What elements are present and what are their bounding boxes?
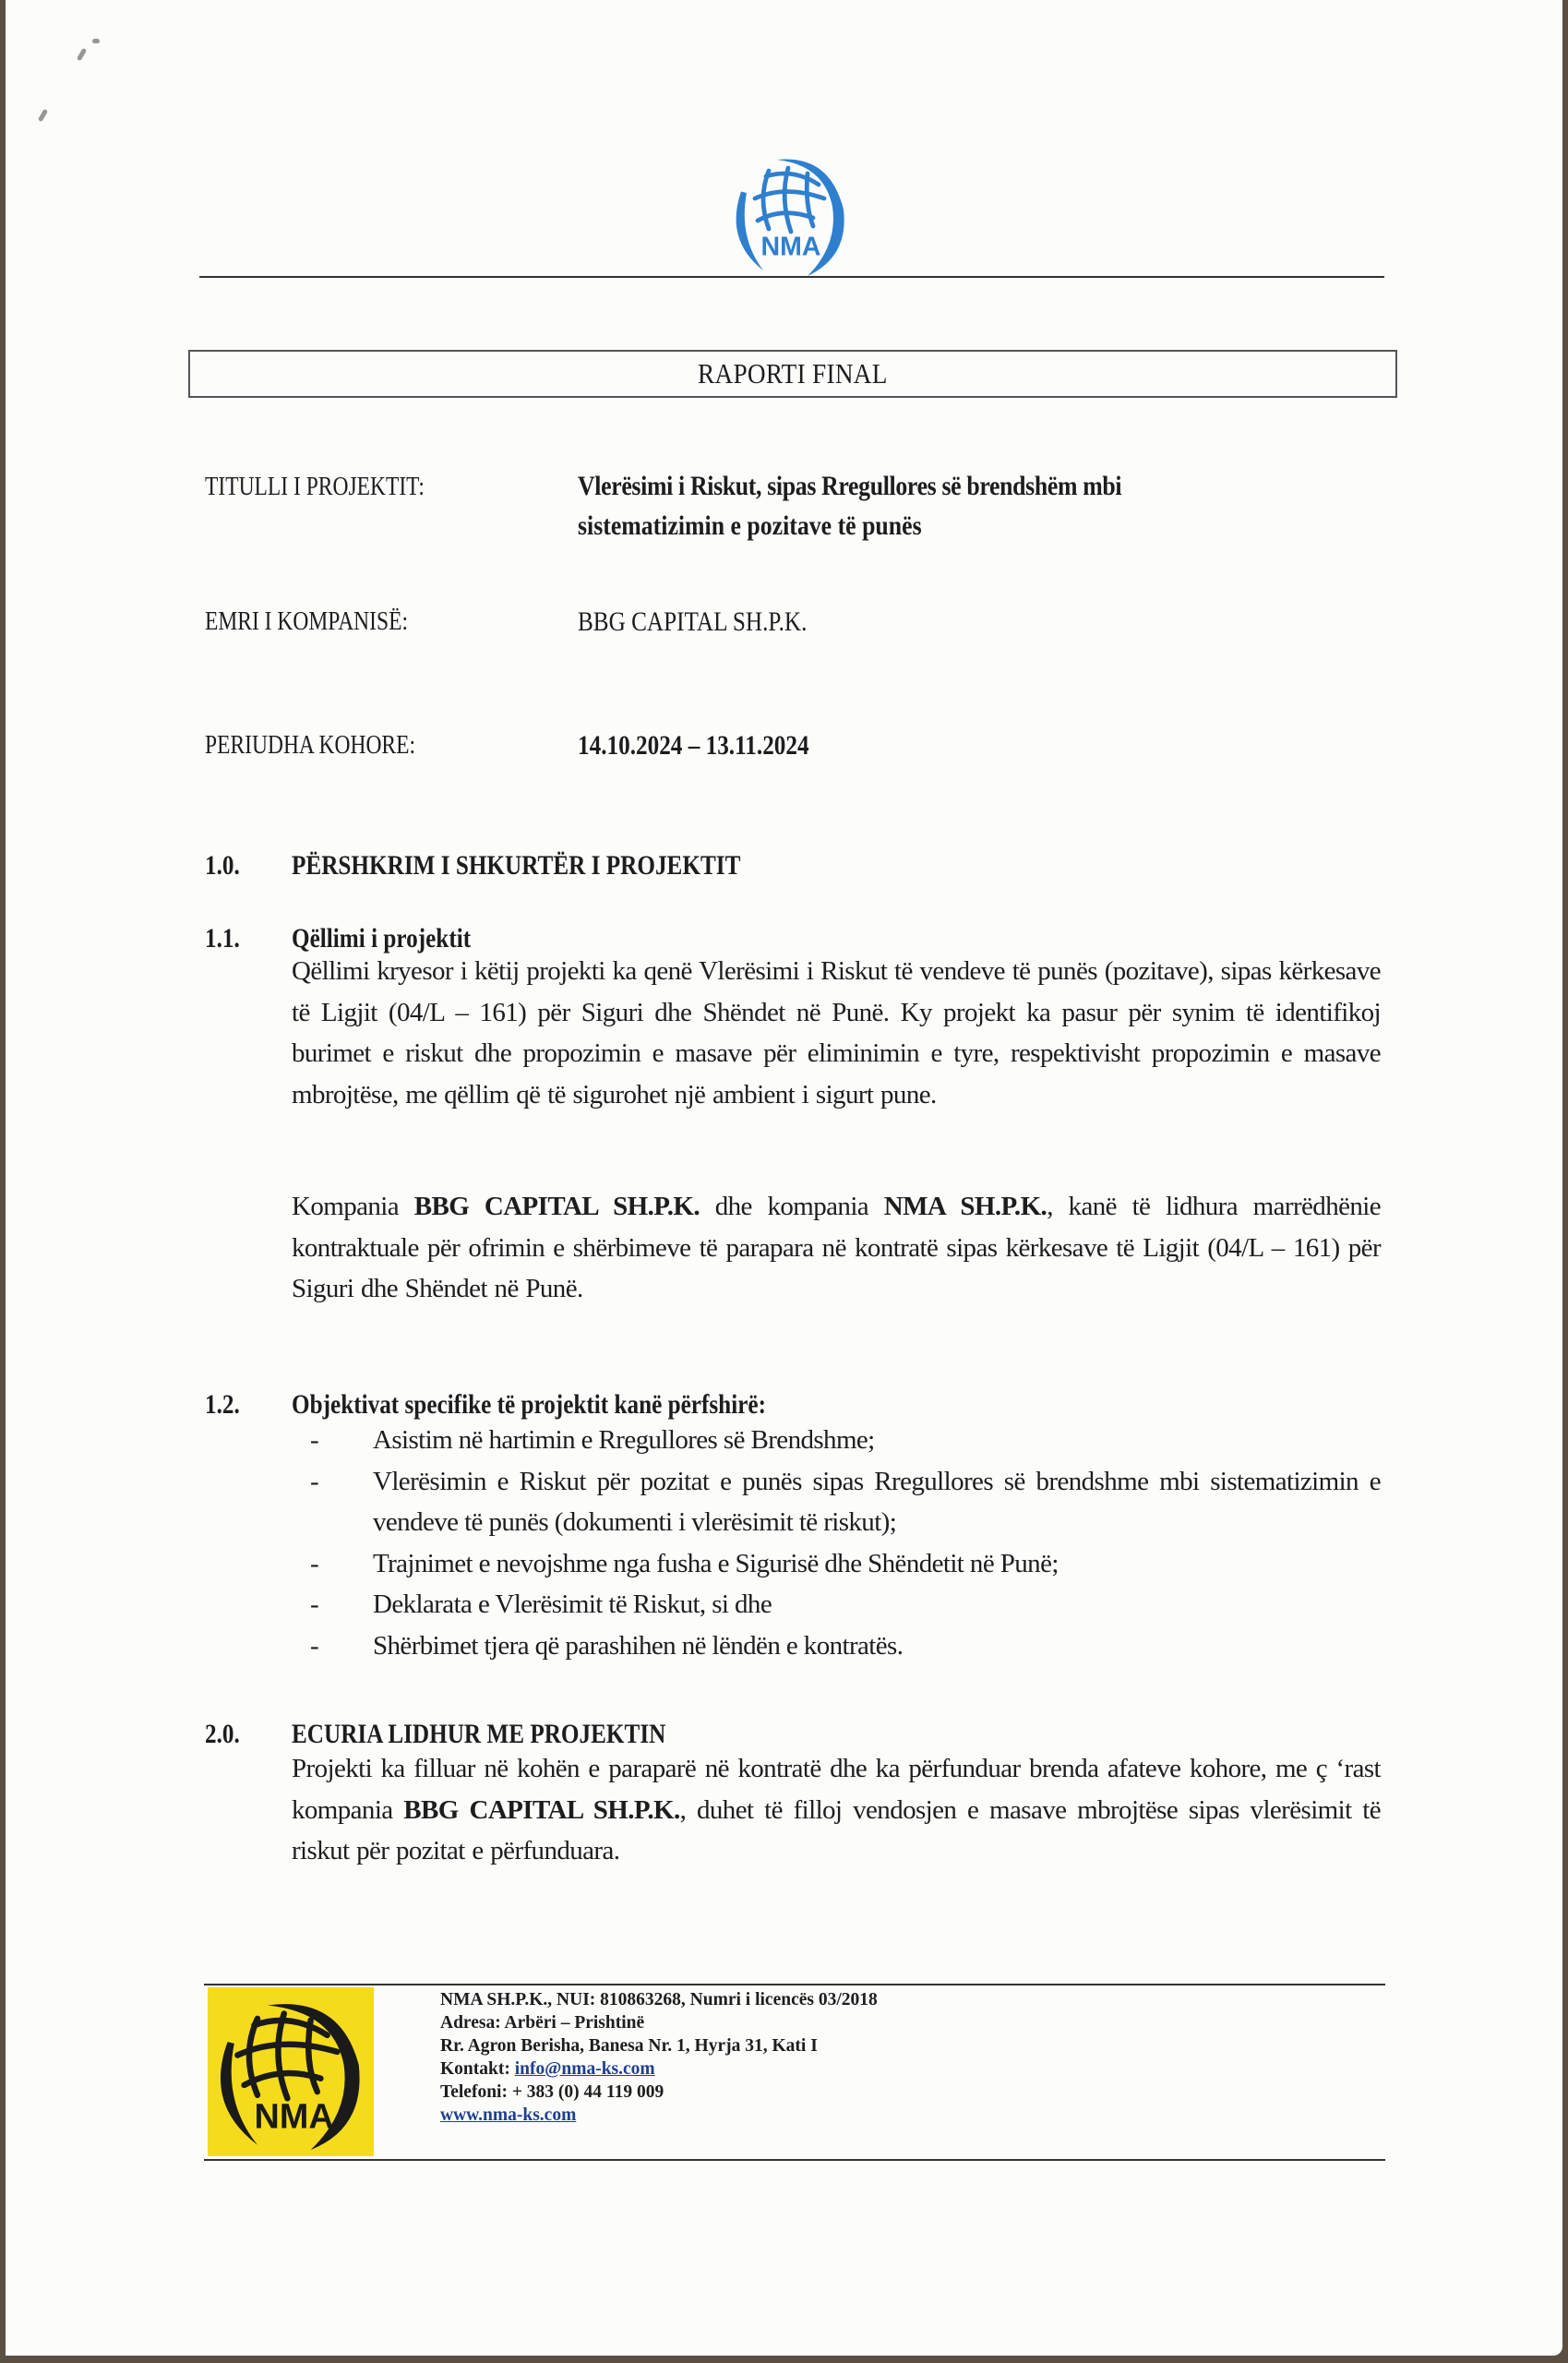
section-1-2-number: 1.2.	[205, 1389, 246, 1421]
footer-street-line: Rr. Agron Berisha, Banesa Nr. 1, Hyrja 3…	[440, 2034, 878, 2057]
project-title-label: TITULLI I PROJEKTIT:	[205, 473, 466, 502]
svg-text:NMA: NMA	[761, 233, 821, 262]
report-title: RAPORTI FINAL	[698, 357, 888, 390]
footer-contact-line: Kontakt: info@nma-ks.com	[440, 2057, 878, 2081]
email-link[interactable]: info@nma-ks.com	[515, 2059, 655, 2079]
period-label: PERIUDHA KOHORE:	[205, 731, 455, 761]
nma-logo-footer-icon: NMA	[208, 1987, 374, 2156]
list-item: -Vlerësimin e Riskut për pozitat e punës…	[310, 1461, 1381, 1543]
list-item: -Asistim në hartimin e Rregullores së Br…	[310, 1420, 1381, 1461]
project-title-value: Vlerësimi i Riskut, sipas Rregullores së…	[578, 466, 1390, 546]
section-1-2-title: Objektivat specifike të projektit kanë p…	[292, 1389, 856, 1421]
footer-contact-info: NMA SH.P.K., NUI: 810863268, Numri i lic…	[440, 1988, 878, 2127]
footer-phone-line: Telefoni: + 383 (0) 44 119 009	[440, 2081, 878, 2104]
footer-divider-top	[204, 1984, 1385, 1985]
section-1-1-paragraph-1: Qëllimi kryesor i këtij projekti ka qenë…	[292, 951, 1381, 1115]
list-item: -Deklarata e Vlerësimit të Riskut, si dh…	[310, 1584, 1381, 1625]
svg-text:NMA: NMA	[255, 2098, 334, 2137]
nma-logo-icon: NMA	[722, 143, 860, 282]
section-1-1-paragraph-2: Kompania BBG CAPITAL SH.P.K. dhe kompani…	[292, 1186, 1381, 1310]
footer-address-line: Adresa: Arbëri – Prishtinë	[440, 2011, 878, 2034]
company-name-bold: BBG CAPITAL SH.P.K.	[403, 1795, 679, 1825]
footer-company-line: NMA SH.P.K., NUI: 810863268, Numri i lic…	[440, 1988, 878, 2011]
header-divider	[199, 276, 1384, 278]
document-page: NMA RAPORTI FINAL TITULLI I PROJEKTIT: V…	[6, 0, 1562, 2356]
report-title-box: RAPORTI FINAL	[188, 350, 1397, 398]
scan-mark	[92, 39, 100, 43]
section-2-0-title: ECURIA LIDHUR ME PROJEKTIN	[292, 1719, 737, 1750]
section-1-0-number: 1.0.	[205, 850, 246, 882]
company-name-label: EMRI I KOMPANISË:	[205, 607, 447, 637]
company-name-bold: BBG CAPITAL SH.P.K.	[414, 1192, 700, 1221]
section-1-1-title: Qëllimi i projektit	[292, 923, 505, 954]
period-value: 14.10.2024 – 13.11.2024	[578, 726, 853, 765]
section-1-0-title: PËRSHKRIM I SHKURTËR I PROJEKTIT	[292, 850, 826, 882]
list-item: -Trajnimet e nevojshme nga fusha e Sigur…	[310, 1543, 1381, 1585]
company-name-value: BBG CAPITAL SH.P.K.	[578, 602, 851, 642]
footer-website-line: www.nma-ks.com	[440, 2104, 878, 2127]
scan-mark	[38, 109, 48, 123]
footer-divider-bottom	[204, 2159, 1385, 2161]
list-item: -Shërbimet tjera që parashihen në lëndën…	[310, 1625, 1381, 1667]
section-1-1-number: 1.1.	[205, 923, 246, 954]
footer-logo: NMA	[208, 1987, 374, 2156]
scan-mark	[77, 48, 87, 62]
section-2-0-number: 2.0.	[205, 1719, 246, 1750]
nma-name-bold: NMA SH.P.K.	[884, 1192, 1047, 1221]
objectives-list: -Asistim në hartimin e Rregullores së Br…	[310, 1420, 1381, 1666]
website-link[interactable]: www.nma-ks.com	[440, 2105, 576, 2125]
section-2-0-paragraph: Projekti ka filluar në kohën e paraparë …	[292, 1748, 1381, 1872]
